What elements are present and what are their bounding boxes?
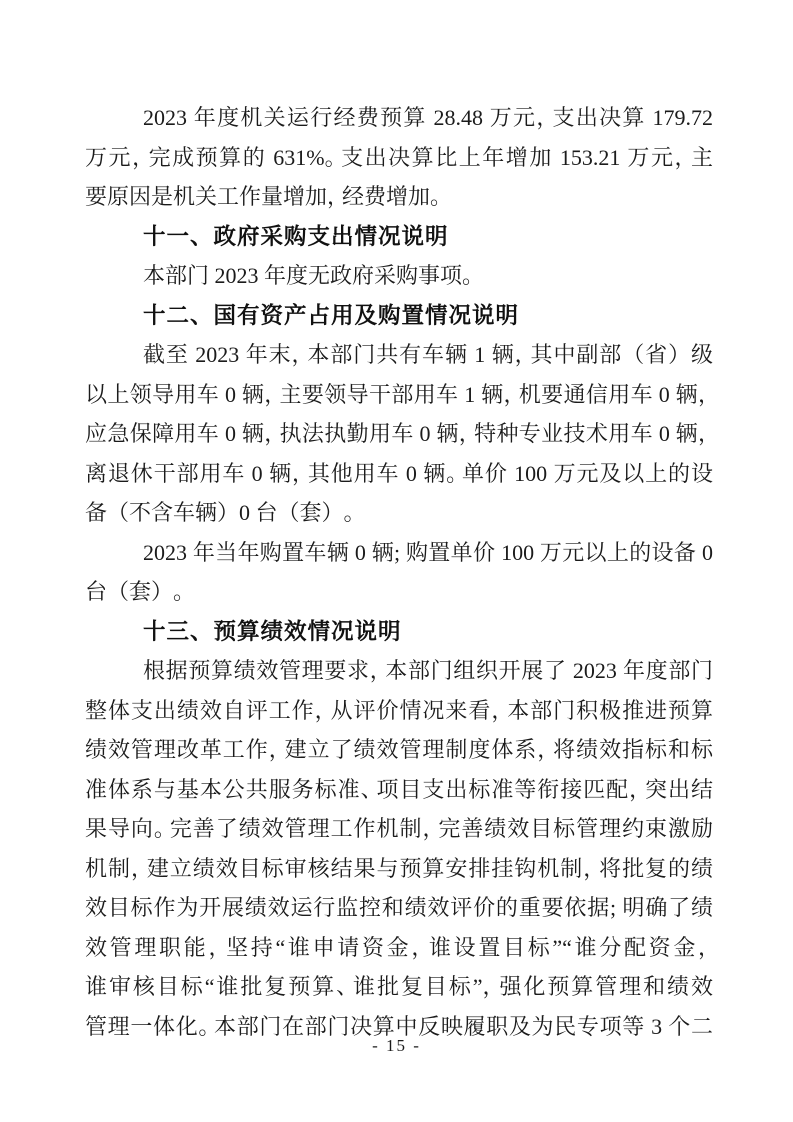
cjk-punctuation: ， bbox=[583, 849, 598, 889]
text-line: 应急保障用车 0 辆，执法执勤用车 0 辆，特种专业技术用车 0 辆， bbox=[85, 414, 713, 454]
text-line: 根据预算绩效管理要求，本部门组织开展了 2023 年度部门 bbox=[85, 651, 713, 691]
cjk-punctuation: 。 bbox=[344, 493, 359, 533]
cjk-punctuation: ， bbox=[292, 454, 307, 494]
text-line: 台（套）。 bbox=[85, 572, 713, 612]
section-heading: 十三、预算绩效情况说明 bbox=[85, 612, 713, 652]
text-line: 绩效管理改革工作，建立了绩效管理制度体系，将绩效指标和标 bbox=[85, 730, 713, 770]
cjk-punctuation: ， bbox=[698, 414, 713, 454]
cjk-punctuation: ， bbox=[327, 177, 342, 217]
cjk-punctuation: ， bbox=[264, 375, 279, 415]
text-line: 效目标作为开展绩效运行监控和绩效评价的重要依据; 明确了绩 bbox=[85, 888, 713, 928]
text-line: 整体支出绩效自评工作，从评价情况来看，本部门积极推进预算 bbox=[85, 691, 713, 731]
cjk-punctuation: ， bbox=[422, 809, 437, 849]
cjk-punctuation: ， bbox=[698, 375, 713, 415]
text-line: 效管理职能，坚持“谁申请资金，谁设置目标”“谁分配资金， bbox=[85, 928, 713, 968]
cjk-punctuation: ， bbox=[483, 967, 498, 1007]
cjk-punctuation: ， bbox=[491, 691, 506, 731]
text-line: 本部门 2023 年度无政府采购事项。 bbox=[85, 256, 713, 296]
cjk-punctuation: ， bbox=[269, 730, 284, 770]
cjk-punctuation: 。 bbox=[154, 809, 169, 849]
cjk-punctuation: ， bbox=[131, 849, 146, 889]
text-line: 备（不含车辆）0 台（套）。 bbox=[85, 493, 713, 533]
text-line: 果导向。完善了绩效管理工作机制，完善绩效目标管理约束激励 bbox=[85, 809, 713, 849]
text-line: 万元，完成预算的 631%。支出决算比上年增加 153.21 万元，主 bbox=[85, 138, 713, 178]
cjk-punctuation: ， bbox=[536, 98, 551, 138]
cjk-punctuation: 。 bbox=[462, 256, 477, 296]
cjk-punctuation: ， bbox=[132, 138, 147, 178]
cjk-punctuation: 。 bbox=[430, 177, 445, 217]
text-line: 2023 年当年购置车辆 0 辆; 购置单价 100 万元以上的设备 0 bbox=[85, 533, 713, 573]
cjk-punctuation: ， bbox=[503, 375, 518, 415]
text-line: 准体系与基本公共服务标准、项目支出标准等衔接匹配，突出结 bbox=[85, 770, 713, 810]
text-line: 机制，建立绩效目标审核结果与预算安排挂钩机制，将批复的绩 bbox=[85, 849, 713, 889]
cjk-punctuation: ， bbox=[292, 335, 307, 375]
cjk-punctuation: ， bbox=[515, 335, 530, 375]
text-line: 要原因是机关工作量增加，经费增加。 bbox=[85, 177, 713, 217]
cjk-punctuation: ， bbox=[537, 730, 552, 770]
text-line: 以上领导用车 0 辆，主要领导干部用车 1 辆，机要通信用车 0 辆， bbox=[85, 375, 713, 415]
text-line: 2023 年度机关运行经费预算 28.48 万元，支出决算 179.72 bbox=[85, 98, 713, 138]
cjk-punctuation: ， bbox=[459, 414, 474, 454]
text-line: 离退休干部用车 0 辆，其他用车 0 辆。单价 100 万元及以上的设 bbox=[85, 454, 713, 494]
text-line: 谁审核目标“谁批复预算、谁批复目标”，强化预算管理和绩效 bbox=[85, 967, 713, 1007]
document-page: 2023 年度机关运行经费预算 28.48 万元，支出决算 179.72万元，完… bbox=[0, 0, 793, 1122]
document-body: 2023 年度机关运行经费预算 28.48 万元，支出决算 179.72万元，完… bbox=[85, 98, 713, 1046]
cjk-punctuation: ， bbox=[315, 691, 330, 731]
cjk-punctuation: 、 bbox=[336, 967, 351, 1007]
cjk-punctuation: 、 bbox=[361, 770, 376, 810]
cjk-punctuation: ， bbox=[675, 138, 690, 178]
section-heading: 十二、国有资产占用及购置情况说明 bbox=[85, 296, 713, 336]
cjk-punctuation: 。 bbox=[446, 454, 461, 494]
cjk-punctuation: ， bbox=[264, 414, 279, 454]
cjk-punctuation: ， bbox=[411, 928, 426, 968]
text-line: 截至 2023 年末，本部门共有车辆 1 辆，其中副部（省）级 bbox=[85, 335, 713, 375]
cjk-punctuation: 。 bbox=[173, 572, 188, 612]
cjk-punctuation: ， bbox=[629, 770, 644, 810]
cjk-punctuation: 。 bbox=[325, 138, 340, 178]
cjk-punctuation: ， bbox=[370, 651, 385, 691]
section-heading: 十一、政府采购支出情况说明 bbox=[85, 217, 713, 257]
page-number: - 15 - bbox=[0, 1036, 793, 1056]
cjk-punctuation: ， bbox=[698, 928, 713, 968]
cjk-punctuation: ， bbox=[208, 928, 223, 968]
